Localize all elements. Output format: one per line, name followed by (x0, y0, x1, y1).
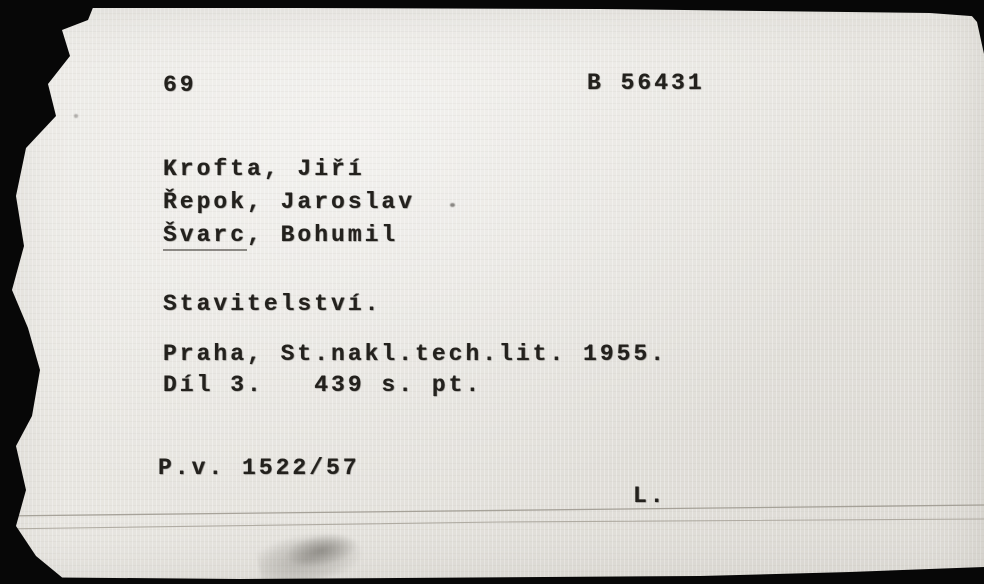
imprint-line: Praha, St.nakl.tech.lit. 1955. (163, 341, 667, 367)
work-title: Stavitelství. (163, 291, 381, 317)
author-line: Krofta, Jiří (163, 156, 365, 182)
scanned-catalog-card: 69 B 56431 Krofta, Jiří Řepok, Jaroslav … (0, 0, 984, 584)
author-line: Švarc, Bohumil (163, 222, 398, 248)
ink-speck (450, 203, 455, 207)
underlined-surname: Švarc (163, 222, 247, 251)
page-number: 69 (163, 72, 197, 98)
shelfmark: B 56431 (587, 70, 705, 96)
author-line: Řepok, Jaroslav (163, 189, 415, 215)
card-paper (0, 0, 984, 584)
cataloger-initial: L. (633, 483, 667, 509)
ink-speck (74, 114, 78, 118)
record-number: P.v. 1522/57 (158, 455, 360, 481)
collation-line: Díl 3. 439 s. pt. (163, 372, 482, 398)
author-name-rest: , Bohumil (247, 222, 398, 248)
